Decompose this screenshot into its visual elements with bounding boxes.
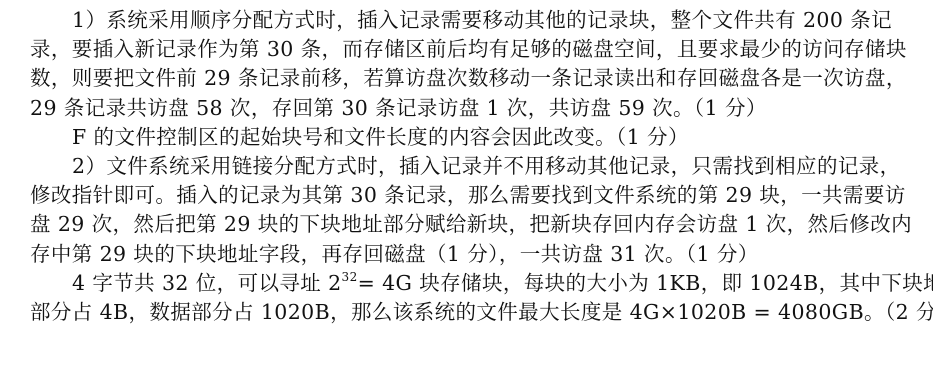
paragraph-1-line-1: 1）系统采用顺序分配方式时，插入记录需要移动其他的记录块，整个文件共有 200 … xyxy=(30,6,910,35)
paragraph-1-line-3: 数，则要把文件前 29 条记录前移，若算访盘次数移动一条记录读出和存回磁盘各是一… xyxy=(30,64,910,93)
paragraph-3-line-1: 2）文件系统采用链接分配方式时，插入记录并不用移动其他记录，只需找到相应的记录， xyxy=(30,152,910,181)
paragraph-4-line-1: 4 字节共 32 位，可以寻址 232= 4G 块存储块，每块的大小为 1KB，… xyxy=(30,269,910,298)
paragraph-3-line-3: 盘 29 次，然后把第 29 块的下块地址部分赋给新块，把新块存回内存会访盘 1… xyxy=(30,210,910,239)
paragraph-1-line-2: 录，要插入新记录作为第 30 条，而存储区前后均有足够的磁盘空间，且要求最少的访… xyxy=(30,35,910,64)
paragraph-3-line-4: 存中第 29 块的下块地址字段，再存回磁盘（1 分），一共访盘 31 次。（1 … xyxy=(30,240,910,269)
paragraph-3-line-2: 修改指针即可。插入的记录为其第 30 条记录，那么需要找到文件系统的第 29 块… xyxy=(30,181,910,210)
paragraph-4-line-2: 部分占 4B，数据部分占 1020B，那么该系统的文件最大长度是 4G×1020… xyxy=(30,298,910,327)
document-body: 1）系统采用顺序分配方式时，插入记录需要移动其他的记录块，整个文件共有 200 … xyxy=(30,6,910,327)
paragraph-1-line-4: 29 条记录共访盘 58 次，存回第 30 条记录访盘 1 次，共访盘 59 次… xyxy=(30,94,910,123)
text-segment: = 4G 块存储块，每块的大小为 1KB，即 1024B，其中下块地址 xyxy=(358,271,933,295)
paragraph-2-line-1: F 的文件控制区的起始块号和文件长度的内容会因此改变。（1 分） xyxy=(30,123,910,152)
exponent: 32 xyxy=(342,270,358,284)
text-segment: 4 字节共 32 位，可以寻址 2 xyxy=(72,271,342,295)
